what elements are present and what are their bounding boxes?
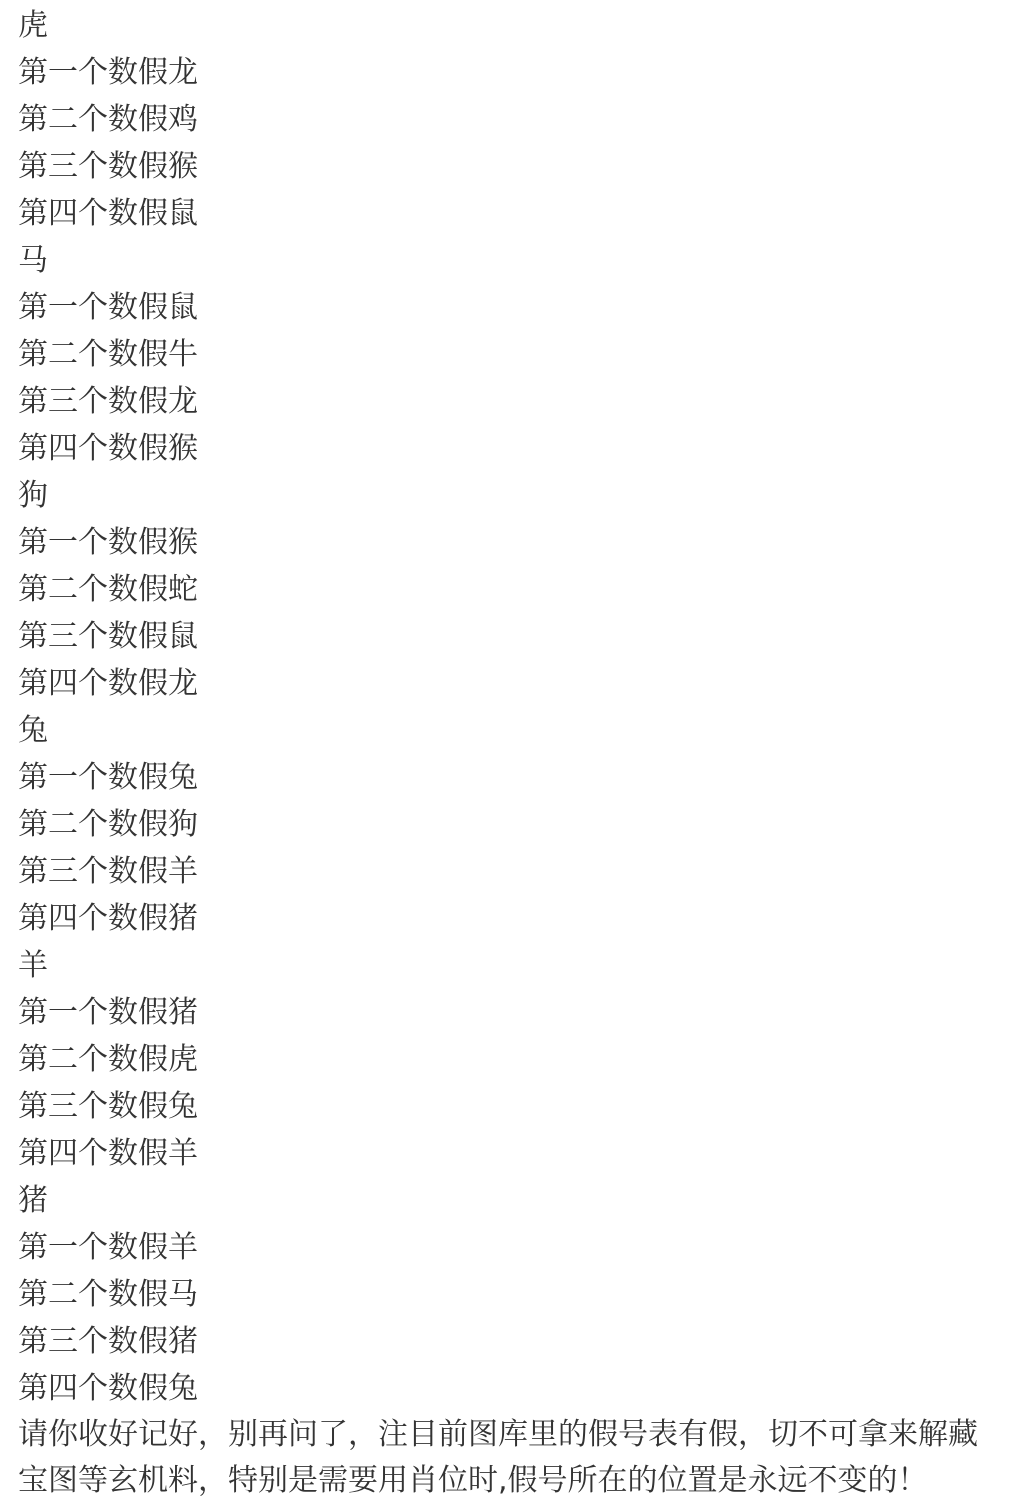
- group-pig: 猪 第一个数假羊 第二个数假马 第三个数假猪 第四个数假兔: [18, 1177, 1036, 1412]
- closing-note: 请你收好记好，别再问了，注目前图库里的假号表有假，切不可拿来解藏 宝图等玄机料，…: [18, 1412, 1036, 1500]
- list-item: 第二个数假狗: [18, 801, 1036, 848]
- note-line: 请你收好记好，别再问了，注目前图库里的假号表有假，切不可拿来解藏: [18, 1412, 1036, 1458]
- list-item: 第三个数假龙: [18, 378, 1036, 425]
- group-heading: 兔: [18, 707, 1036, 754]
- group-heading: 虎: [18, 2, 1036, 49]
- list-item: 第一个数假猴: [18, 519, 1036, 566]
- list-item: 第四个数假羊: [18, 1130, 1036, 1177]
- list-item: 第三个数假猴: [18, 143, 1036, 190]
- group-heading: 狗: [18, 472, 1036, 519]
- list-item: 第四个数假兔: [18, 1365, 1036, 1412]
- group-heading: 羊: [18, 942, 1036, 989]
- list-item: 第二个数假蛇: [18, 566, 1036, 613]
- list-item: 第二个数假马: [18, 1271, 1036, 1318]
- group-rabbit: 兔 第一个数假兔 第二个数假狗 第三个数假羊 第四个数假猪: [18, 707, 1036, 942]
- group-heading: 猪: [18, 1177, 1036, 1224]
- list-item: 第三个数假鼠: [18, 613, 1036, 660]
- group-horse: 马 第一个数假鼠 第二个数假牛 第三个数假龙 第四个数假猴: [18, 237, 1036, 472]
- group-tiger: 虎 第一个数假龙 第二个数假鸡 第三个数假猴 第四个数假鼠: [18, 2, 1036, 237]
- note-line: 宝图等玄机料，特别是需要用肖位时,假号所在的位置是永远不变的！: [18, 1458, 1036, 1500]
- list-item: 第二个数假牛: [18, 331, 1036, 378]
- list-item: 第一个数假猪: [18, 989, 1036, 1036]
- list-item: 第四个数假猪: [18, 895, 1036, 942]
- list-item: 第二个数假鸡: [18, 96, 1036, 143]
- group-heading: 马: [18, 237, 1036, 284]
- list-item: 第一个数假兔: [18, 754, 1036, 801]
- list-item: 第二个数假虎: [18, 1036, 1036, 1083]
- list-item: 第四个数假猴: [18, 425, 1036, 472]
- list-item: 第三个数假羊: [18, 848, 1036, 895]
- list-item: 第一个数假鼠: [18, 284, 1036, 331]
- list-item: 第一个数假龙: [18, 49, 1036, 96]
- list-item: 第四个数假鼠: [18, 190, 1036, 237]
- list-item: 第三个数假兔: [18, 1083, 1036, 1130]
- list-item: 第一个数假羊: [18, 1224, 1036, 1271]
- group-dog: 狗 第一个数假猴 第二个数假蛇 第三个数假鼠 第四个数假龙: [18, 472, 1036, 707]
- list-item: 第四个数假龙: [18, 660, 1036, 707]
- document-body: 虎 第一个数假龙 第二个数假鸡 第三个数假猴 第四个数假鼠 马 第一个数假鼠 第…: [0, 0, 1036, 1500]
- list-item: 第三个数假猪: [18, 1318, 1036, 1365]
- group-goat: 羊 第一个数假猪 第二个数假虎 第三个数假兔 第四个数假羊: [18, 942, 1036, 1177]
